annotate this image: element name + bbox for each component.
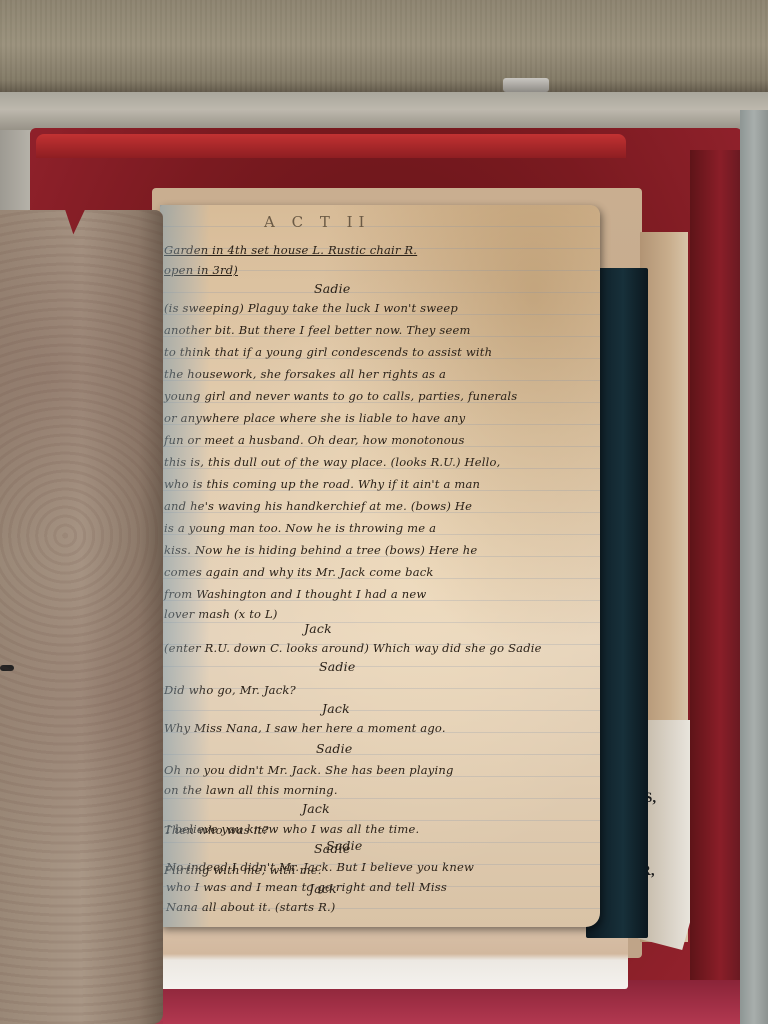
speaker-name: Jack: [302, 801, 330, 816]
dialogue-line: from Washington and I thought I had a ne…: [164, 587, 426, 601]
ink-mark: [0, 665, 14, 671]
dialogue-line: who I was and I mean to go right and tel…: [166, 880, 447, 894]
dialogue-line: I believe you knew who I was all the tim…: [166, 822, 419, 836]
dialogue-line: kiss. Now he is hiding behind a tree (bo…: [164, 543, 477, 557]
dialogue-line: Did who go, Mr. Jack?: [164, 683, 296, 697]
dialogue-line: Why Miss Nana, I saw her here a moment a…: [164, 721, 446, 735]
speaker-name: Sadie: [326, 838, 362, 853]
speaker-name: Sadie: [316, 741, 352, 756]
dialogue-line: comes again and why its Mr. Jack come ba…: [164, 565, 434, 579]
box-rim-right: [740, 110, 768, 1024]
dialogue-line: is a young man too. Now he is throwing m…: [164, 521, 436, 535]
photo-scene: S, R, A C T II Garden in 4th set house L…: [0, 0, 768, 1024]
felt-top-edge: [36, 134, 626, 158]
dialogue-line: young girl and never wants to go to call…: [164, 389, 517, 403]
stage-setting: Garden in 4th set house L. Rustic chair …: [164, 243, 417, 257]
dialogue-line: to think that if a young girl condescend…: [164, 345, 492, 359]
dialogue-line: (is sweeping) Plaguy take the luck I won…: [164, 301, 458, 315]
speaker-name: Jack: [322, 701, 350, 716]
dialogue-line: Nana all about it. (starts R.): [166, 900, 335, 914]
dialogue-line: (enter R.U. down C. looks around) Which …: [164, 641, 542, 655]
paper-stack-bottom: [150, 925, 628, 989]
dialogue-line: who is this coming up the road. Why if i…: [164, 477, 480, 491]
dialogue-line: on the lawn all this morning.: [164, 783, 338, 797]
speaker-name: Jack: [304, 621, 332, 636]
metal-hinge: [503, 78, 549, 92]
wooden-box-lid: [0, 0, 768, 100]
manuscript-page: A C T II Garden in 4th set house L. Rust…: [160, 205, 600, 927]
dialogue-line: No indeed I didn't Mr. Jack. But I belie…: [166, 860, 474, 874]
speaker-name: Sadie: [314, 281, 350, 296]
speaker-name: Sadie: [319, 659, 355, 674]
dialogue-line: Oh no you didn't Mr. Jack. She has been …: [164, 763, 454, 777]
dialogue-line: or anywhere place where she is liable to…: [164, 411, 465, 425]
stage-setting: open in 3rd): [164, 263, 238, 277]
dialogue-line: the housework, she forsakes all her righ…: [164, 367, 446, 381]
dialogue-line: another bit. But there I feel better now…: [164, 323, 471, 337]
dialogue-line: and he's waving his handkerchief at me. …: [164, 499, 472, 513]
felt-right-wall: [690, 150, 740, 1020]
act-header: A C T II: [264, 213, 370, 231]
dialogue-line: fun or meet a husband. Oh dear, how mono…: [164, 433, 465, 447]
dialogue-line: lover mash (x to L): [164, 607, 278, 621]
notebook-cover: [0, 210, 163, 1024]
dialogue-line: this is, this dull out of the way place.…: [164, 455, 501, 469]
